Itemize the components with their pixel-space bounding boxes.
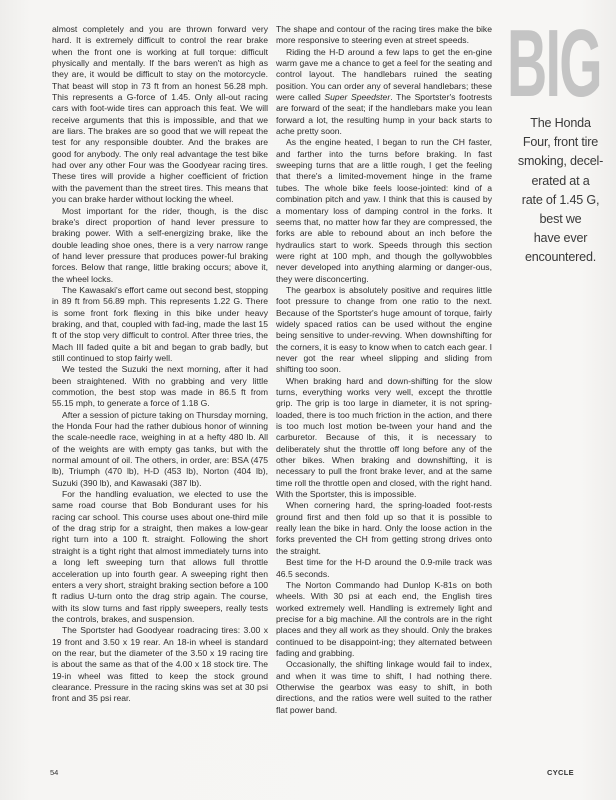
caption-line: smoking, decel- xyxy=(505,152,616,171)
caption-line: best we xyxy=(505,210,616,229)
headline: BIG 7 xyxy=(507,20,613,108)
caption-line: have ever xyxy=(505,229,616,248)
paragraph: As the engine heated, I began to run the… xyxy=(276,137,492,284)
headline-block: BIG 7 xyxy=(505,20,613,108)
article-column-middle: The shape and contour of the racing tire… xyxy=(276,24,492,716)
paragraph: Most important for the rider, though, is… xyxy=(52,206,268,285)
caption-line: Four, front tire xyxy=(505,133,616,152)
paragraph: The gearbox is absolutely positive and r… xyxy=(276,285,492,376)
paragraph: When cornering hard, the spring-loaded f… xyxy=(276,500,492,557)
pull-quote-caption: The Honda Four, front tire smoking, dece… xyxy=(505,114,616,268)
paragraph: The Norton Commando had Dunlop K-81s on … xyxy=(276,580,492,659)
paragraph: After a session of picture taking on Thu… xyxy=(52,410,268,489)
paragraph: Best time for the H-D around the 0.9-mil… xyxy=(276,557,492,580)
caption-line: encountered. xyxy=(505,248,616,267)
magazine-name: CYCLE xyxy=(547,768,574,777)
paragraph: We tested the Suzuki the next morning, a… xyxy=(52,364,268,409)
paragraph: The shape and contour of the racing tire… xyxy=(276,24,492,47)
paragraph: Occasionally, the shifting linkage would… xyxy=(276,659,492,716)
paragraph: almost completely and you are thrown for… xyxy=(52,24,268,206)
paragraph: The Kawasaki's effort came out second be… xyxy=(52,285,268,364)
caption-line: rate of 1.45 G, xyxy=(505,191,616,210)
sidebar-pullquote: BIG 7 The Honda Four, front tire smoking… xyxy=(505,20,616,268)
page-number: 54 xyxy=(50,768,58,777)
paragraph: The Sportster had Goodyear roadracing ti… xyxy=(52,625,268,704)
paragraph: Riding the H-D around a few laps to get … xyxy=(276,47,492,138)
italic-model-name: Super Speedster xyxy=(324,92,390,102)
caption-line: erated at a xyxy=(505,172,616,191)
article-column-left: almost completely and you are thrown for… xyxy=(52,24,268,705)
caption-line: The Honda xyxy=(505,114,616,133)
paragraph: When braking hard and down-shifting for … xyxy=(276,376,492,501)
paragraph: For the handling evaluation, we elected … xyxy=(52,489,268,625)
